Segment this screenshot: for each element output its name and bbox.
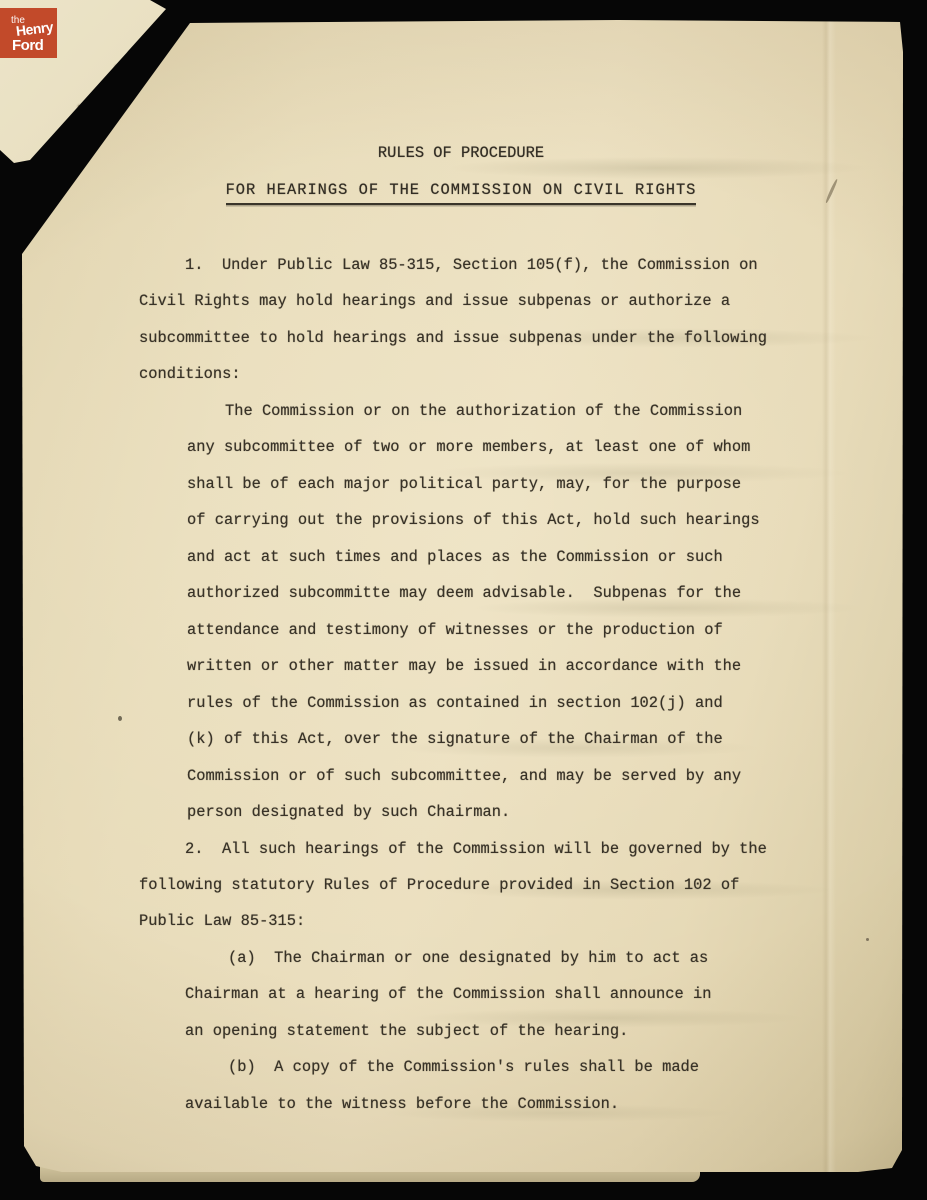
typed-line: conditions:	[18, 356, 904, 392]
typed-line: Chairman at a hearing of the Commission …	[18, 976, 904, 1012]
typed-line: an opening statement the subject of the …	[18, 1013, 904, 1049]
typed-line: Commission or of such subcommittee, and …	[18, 758, 904, 794]
typed-line: person designated by such Chairman.	[18, 794, 904, 830]
henry-ford-logo: the Henry Ford	[0, 8, 57, 58]
typed-line: rules of the Commission as contained in …	[18, 685, 904, 721]
staple-hole	[115, 65, 119, 69]
typed-line: 2. All such hearings of the Commission w…	[18, 831, 904, 867]
ink-speck	[866, 938, 869, 941]
typed-line: Civil Rights may hold hearings and issue…	[18, 283, 904, 319]
typed-line: attendance and testimony of witnesses or…	[18, 612, 904, 648]
typed-line: (a) The Chairman or one designated by hi…	[18, 940, 904, 976]
document-page: RULES OF PROCEDURE FOR HEARINGS OF THE C…	[18, 18, 904, 1174]
typed-line: available to the witness before the Comm…	[18, 1086, 904, 1122]
typed-line: (k) of this Act, over the signature of t…	[18, 721, 904, 757]
typed-line: shall be of each major political party, …	[18, 466, 904, 502]
typed-line: following statutory Rules of Procedure p…	[18, 867, 904, 903]
logo-word-ford: Ford	[12, 37, 43, 54]
document-subtitle-underlined: FOR HEARINGS OF THE COMMISSION ON CIVIL …	[226, 181, 697, 205]
typed-line: (b) A copy of the Commission's rules sha…	[18, 1049, 904, 1085]
document-body: 1. Under Public Law 85-315, Section 105(…	[18, 247, 904, 1122]
typed-line: and act at such times and places as the …	[18, 539, 904, 575]
scanned-document-background: RULES OF PROCEDURE FOR HEARINGS OF THE C…	[0, 0, 927, 1200]
staple-hole	[78, 105, 82, 109]
typed-line: any subcommittee of two or more members,…	[18, 429, 904, 465]
typed-line: authorized subcommitte may deem advisabl…	[18, 575, 904, 611]
typed-line: The Commission or on the authorization o…	[18, 393, 904, 429]
document-title: RULES OF PROCEDURE	[18, 144, 904, 162]
typed-line: 1. Under Public Law 85-315, Section 105(…	[18, 247, 904, 283]
document-subtitle: FOR HEARINGS OF THE COMMISSION ON CIVIL …	[18, 181, 904, 205]
ink-speck	[118, 716, 122, 721]
typed-line: of carrying out the provisions of this A…	[18, 502, 904, 538]
logo-word-henry: Henry	[15, 19, 54, 39]
typed-line: subcommittee to hold hearings and issue …	[18, 320, 904, 356]
typed-line: written or other matter may be issued in…	[18, 648, 904, 684]
typed-line: Public Law 85-315:	[18, 903, 904, 939]
